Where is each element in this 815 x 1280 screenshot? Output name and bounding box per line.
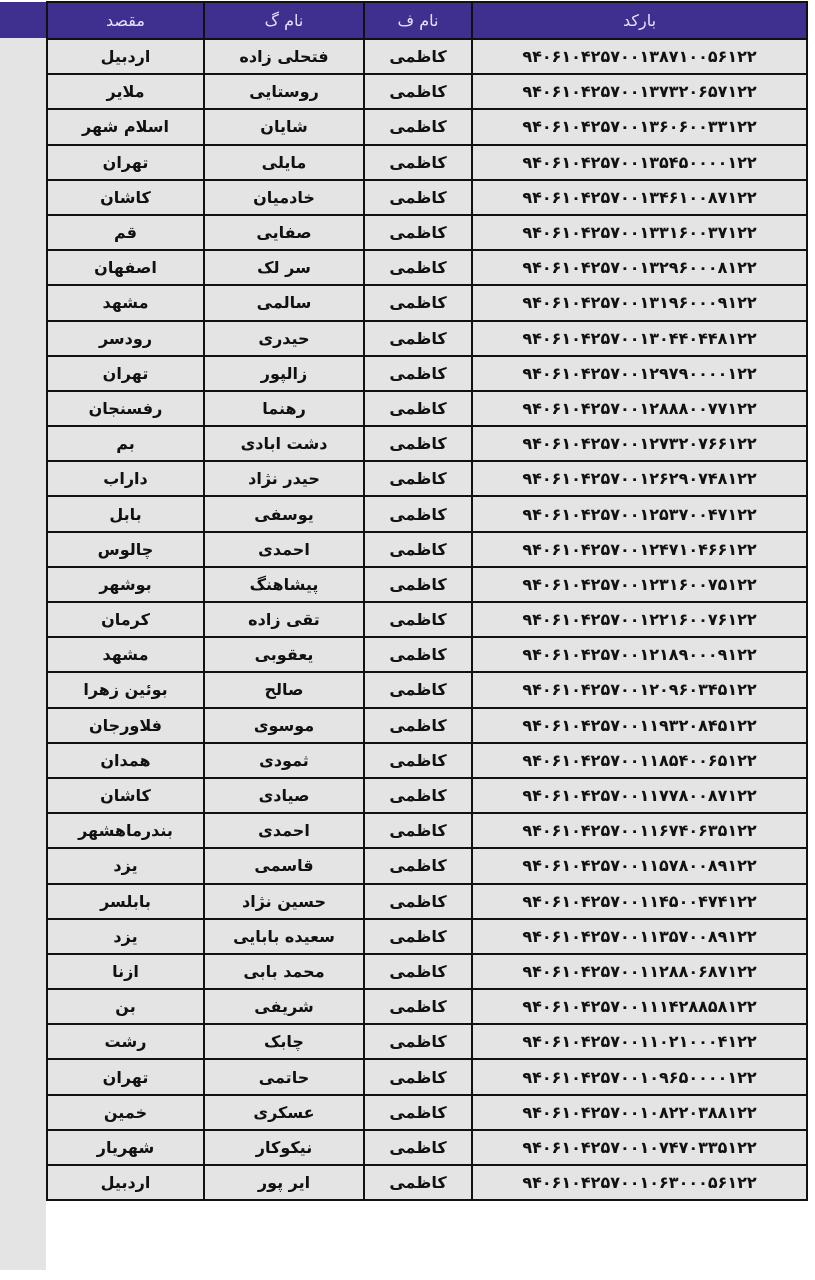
last-name-cell: محمد بابی <box>204 954 364 989</box>
first-name-cell: کاظمی <box>364 567 472 602</box>
table-row: ۹۴۰۶۱۰۴۲۵۷۰۰۱۱۳۵۷۰۰۸۹۱۲۲کاظمیسعیده بابای… <box>47 919 807 954</box>
barcode-cell: ۹۴۰۶۱۰۴۲۵۷۰۰۱۲۳۱۶۰۰۷۵۱۲۲ <box>472 567 807 602</box>
barcode-cell: ۹۴۰۶۱۰۴۲۵۷۰۰۱۳۲۹۶۰۰۰۸۱۲۲ <box>472 250 807 285</box>
table-row: ۹۴۰۶۱۰۴۲۵۷۰۰۱۲۹۷۹۰۰۰۰۱۲۲کاظمیزالپورتهران <box>47 356 807 391</box>
first-name-cell: کاظمی <box>364 215 472 250</box>
table-row: ۹۴۰۶۱۰۴۲۵۷۰۰۱۱۷۷۸۰۰۸۷۱۲۲کاظمیصیادیکاشان <box>47 778 807 813</box>
barcode-cell: ۹۴۰۶۱۰۴۲۵۷۰۰۱۱۰۲۱۰۰۰۴۱۲۲ <box>472 1024 807 1059</box>
first-name-cell: کاظمی <box>364 637 472 672</box>
last-name-cell: ایر پور <box>204 1165 364 1200</box>
last-name-cell: چابک <box>204 1024 364 1059</box>
last-name-cell: سر لک <box>204 250 364 285</box>
barcode-cell: ۹۴۰۶۱۰۴۲۵۷۰۰۱۳۳۱۶۰۰۳۷۱۲۲ <box>472 215 807 250</box>
last-name-cell: نیکوکار <box>204 1130 364 1165</box>
last-name-cell: یوسفی <box>204 496 364 531</box>
destination-cell: رفسنجان <box>47 391 204 426</box>
barcode-cell: ۹۴۰۶۱۰۴۲۵۷۰۰۱۲۷۳۲۰۷۶۶۱۲۲ <box>472 426 807 461</box>
header-destination: مقصد <box>47 2 204 39</box>
first-name-cell: کاظمی <box>364 356 472 391</box>
last-name-cell: حسین نژاد <box>204 884 364 919</box>
destination-cell: بن <box>47 989 204 1024</box>
destination-cell: مشهد <box>47 637 204 672</box>
table-row: ۹۴۰۶۱۰۴۲۵۷۰۰۱۱۹۳۲۰۸۴۵۱۲۲کاظمیموسویفلاورج… <box>47 708 807 743</box>
destination-cell: اردبیل <box>47 39 204 74</box>
destination-cell: اصفهان <box>47 250 204 285</box>
table-row: ۹۴۰۶۱۰۴۲۵۷۰۰۱۲۶۲۹۰۷۴۸۱۲۲کاظمیحیدر نژاددا… <box>47 461 807 496</box>
first-name-cell: کاظمی <box>364 1165 472 1200</box>
destination-cell: بم <box>47 426 204 461</box>
barcode-cell: ۹۴۰۶۱۰۴۲۵۷۰۰۱۳۰۴۴۰۴۴۸۱۲۲ <box>472 321 807 356</box>
first-name-cell: کاظمی <box>364 954 472 989</box>
table-row: ۹۴۰۶۱۰۴۲۵۷۰۰۱۳۱۹۶۰۰۰۹۱۲۲کاظمیسالمیمشهد <box>47 285 807 320</box>
destination-cell: بوئین زهرا <box>47 672 204 707</box>
barcode-cell: ۹۴۰۶۱۰۴۲۵۷۰۰۱۳۶۰۶۰۰۳۳۱۲۲ <box>472 109 807 144</box>
last-name-cell: احمدی <box>204 813 364 848</box>
destination-cell: شهریار <box>47 1130 204 1165</box>
first-name-cell: کاظمی <box>364 1059 472 1094</box>
table-row: ۹۴۰۶۱۰۴۲۵۷۰۰۱۲۷۳۲۰۷۶۶۱۲۲کاظمیدشت ابادیبم <box>47 426 807 461</box>
barcode-cell: ۹۴۰۶۱۰۴۲۵۷۰۰۱۰۸۲۲۰۳۸۸۱۲۲ <box>472 1095 807 1130</box>
barcode-cell: ۹۴۰۶۱۰۴۲۵۷۰۰۱۱۵۷۸۰۰۸۹۱۲۲ <box>472 848 807 883</box>
table-body: ۹۴۰۶۱۰۴۲۵۷۰۰۱۳۸۷۱۰۰۵۶۱۲۲کاظمیفتحلی زادها… <box>47 39 807 1200</box>
first-name-cell: کاظمی <box>364 285 472 320</box>
table-row: ۹۴۰۶۱۰۴۲۵۷۰۰۱۲۱۸۹۰۰۰۹۱۲۲کاظمییعقوبیمشهد <box>47 637 807 672</box>
barcode-cell: ۹۴۰۶۱۰۴۲۵۷۰۰۱۱۶۷۴۰۶۳۵۱۲۲ <box>472 813 807 848</box>
destination-cell: رودسر <box>47 321 204 356</box>
last-name-cell: موسوی <box>204 708 364 743</box>
last-name-cell: زالپور <box>204 356 364 391</box>
destination-cell: بابلسر <box>47 884 204 919</box>
destination-cell: بوشهر <box>47 567 204 602</box>
table-row: ۹۴۰۶۱۰۴۲۵۷۰۰۱۲۰۹۶۰۳۴۵۱۲۲کاظمیصالحبوئین ز… <box>47 672 807 707</box>
barcode-cell: ۹۴۰۶۱۰۴۲۵۷۰۰۱۳۵۴۵۰۰۰۰۱۲۲ <box>472 145 807 180</box>
first-name-cell: کاظمی <box>364 109 472 144</box>
last-name-cell: ثمودی <box>204 743 364 778</box>
first-name-cell: کاظمی <box>364 989 472 1024</box>
first-name-cell: کاظمی <box>364 461 472 496</box>
destination-cell: تهران <box>47 145 204 180</box>
last-name-cell: حیدری <box>204 321 364 356</box>
first-name-cell: کاظمی <box>364 672 472 707</box>
first-name-cell: کاظمی <box>364 321 472 356</box>
destination-cell: یزد <box>47 919 204 954</box>
table-row: ۹۴۰۶۱۰۴۲۵۷۰۰۱۳۶۰۶۰۰۳۳۱۲۲کاظمیشایاناسلام … <box>47 109 807 144</box>
last-name-cell: رهنما <box>204 391 364 426</box>
destination-cell: قم <box>47 215 204 250</box>
barcode-cell: ۹۴۰۶۱۰۴۲۵۷۰۰۱۳۴۶۱۰۰۸۷۱۲۲ <box>472 180 807 215</box>
first-name-cell: کاظمی <box>364 532 472 567</box>
last-name-cell: حیدر نژاد <box>204 461 364 496</box>
table-row: ۹۴۰۶۱۰۴۲۵۷۰۰۱۱۰۲۱۰۰۰۴۱۲۲کاظمیچابکرشت <box>47 1024 807 1059</box>
table-row: ۹۴۰۶۱۰۴۲۵۷۰۰۱۲۴۷۱۰۴۶۶۱۲۲کاظمیاحمدیچالوس <box>47 532 807 567</box>
table-row: ۹۴۰۶۱۰۴۲۵۷۰۰۱۰۹۶۵۰۰۰۰۱۲۲کاظمیحاتمیتهران <box>47 1059 807 1094</box>
first-name-cell: کاظمی <box>364 1024 472 1059</box>
first-name-cell: کاظمی <box>364 180 472 215</box>
table-row: ۹۴۰۶۱۰۴۲۵۷۰۰۱۱۴۵۰۰۴۷۴۱۲۲کاظمیحسین نژادبا… <box>47 884 807 919</box>
last-name-cell: عسکری <box>204 1095 364 1130</box>
destination-cell: ازنا <box>47 954 204 989</box>
barcode-cell: ۹۴۰۶۱۰۴۲۵۷۰۰۱۱۱۴۲۸۸۵۸۱۲۲ <box>472 989 807 1024</box>
barcode-cell: ۹۴۰۶۱۰۴۲۵۷۰۰۱۲۴۷۱۰۴۶۶۱۲۲ <box>472 532 807 567</box>
first-name-cell: کاظمی <box>364 884 472 919</box>
shipment-table: بارکد نام ف نام گ مقصد ۹۴۰۶۱۰۴۲۵۷۰۰۱۳۸۷۱… <box>46 1 808 1201</box>
barcode-cell: ۹۴۰۶۱۰۴۲۵۷۰۰۱۲۱۸۹۰۰۰۹۱۲۲ <box>472 637 807 672</box>
destination-cell: تهران <box>47 356 204 391</box>
table-row: ۹۴۰۶۱۰۴۲۵۷۰۰۱۲۳۱۶۰۰۷۵۱۲۲کاظمیپیشاهنگبوشه… <box>47 567 807 602</box>
destination-cell: خمین <box>47 1095 204 1130</box>
header-first-name: نام ف <box>364 2 472 39</box>
table-row: ۹۴۰۶۱۰۴۲۵۷۰۰۱۳۲۹۶۰۰۰۸۱۲۲کاظمیسر لکاصفهان <box>47 250 807 285</box>
table-row: ۹۴۰۶۱۰۴۲۵۷۰۰۱۳۸۷۱۰۰۵۶۱۲۲کاظمیفتحلی زادها… <box>47 39 807 74</box>
barcode-cell: ۹۴۰۶۱۰۴۲۵۷۰۰۱۲۰۹۶۰۳۴۵۱۲۲ <box>472 672 807 707</box>
barcode-cell: ۹۴۰۶۱۰۴۲۵۷۰۰۱۰۶۳۰۰۰۵۶۱۲۲ <box>472 1165 807 1200</box>
last-name-cell: فتحلی زاده <box>204 39 364 74</box>
destination-cell: کرمان <box>47 602 204 637</box>
last-name-cell: روستایی <box>204 74 364 109</box>
barcode-cell: ۹۴۰۶۱۰۴۲۵۷۰۰۱۱۳۵۷۰۰۸۹۱۲۲ <box>472 919 807 954</box>
table-row: ۹۴۰۶۱۰۴۲۵۷۰۰۱۱۶۷۴۰۶۳۵۱۲۲کاظمیاحمدیبندرما… <box>47 813 807 848</box>
barcode-cell: ۹۴۰۶۱۰۴۲۵۷۰۰۱۱۹۳۲۰۸۴۵۱۲۲ <box>472 708 807 743</box>
table-row: ۹۴۰۶۱۰۴۲۵۷۰۰۱۰۷۴۷۰۳۳۵۱۲۲کاظمینیکوکارشهری… <box>47 1130 807 1165</box>
last-name-cell: سعیده بابایی <box>204 919 364 954</box>
table-row: ۹۴۰۶۱۰۴۲۵۷۰۰۱۳۷۳۲۰۶۵۷۱۲۲کاظمیروستاییملای… <box>47 74 807 109</box>
barcode-cell: ۹۴۰۶۱۰۴۲۵۷۰۰۱۱۷۷۸۰۰۸۷۱۲۲ <box>472 778 807 813</box>
first-name-cell: کاظمی <box>364 39 472 74</box>
barcode-cell: ۹۴۰۶۱۰۴۲۵۷۰۰۱۱۸۵۴۰۰۶۵۱۲۲ <box>472 743 807 778</box>
first-name-cell: کاظمی <box>364 708 472 743</box>
table-row: ۹۴۰۶۱۰۴۲۵۷۰۰۱۳۴۶۱۰۰۸۷۱۲۲کاظمیخادمیانکاشا… <box>47 180 807 215</box>
barcode-cell: ۹۴۰۶۱۰۴۲۵۷۰۰۱۲۸۸۸۰۰۷۷۱۲۲ <box>472 391 807 426</box>
destination-cell: ملایر <box>47 74 204 109</box>
last-name-cell: دشت ابادی <box>204 426 364 461</box>
table-row: ۹۴۰۶۱۰۴۲۵۷۰۰۱۳۰۴۴۰۴۴۸۱۲۲کاظمیحیدریرودسر <box>47 321 807 356</box>
first-name-cell: کاظمی <box>364 391 472 426</box>
barcode-cell: ۹۴۰۶۱۰۴۲۵۷۰۰۱۲۲۱۶۰۰۷۶۱۲۲ <box>472 602 807 637</box>
barcode-cell: ۹۴۰۶۱۰۴۲۵۷۰۰۱۰۹۶۵۰۰۰۰۱۲۲ <box>472 1059 807 1094</box>
last-name-cell: پیشاهنگ <box>204 567 364 602</box>
barcode-cell: ۹۴۰۶۱۰۴۲۵۷۰۰۱۲۵۳۷۰۰۴۷۱۲۲ <box>472 496 807 531</box>
destination-cell: اسلام شهر <box>47 109 204 144</box>
destination-cell: بندرماهشهر <box>47 813 204 848</box>
first-name-cell: کاظمی <box>364 743 472 778</box>
last-name-cell: شایان <box>204 109 364 144</box>
last-name-cell: صفایی <box>204 215 364 250</box>
first-name-cell: کاظمی <box>364 145 472 180</box>
destination-cell: داراب <box>47 461 204 496</box>
barcode-cell: ۹۴۰۶۱۰۴۲۵۷۰۰۱۳۷۳۲۰۶۵۷۱۲۲ <box>472 74 807 109</box>
table-row: ۹۴۰۶۱۰۴۲۵۷۰۰۱۳۵۴۵۰۰۰۰۱۲۲کاظمیمایلیتهران <box>47 145 807 180</box>
first-name-cell: کاظمی <box>364 74 472 109</box>
destination-cell: بابل <box>47 496 204 531</box>
table-row: ۹۴۰۶۱۰۴۲۵۷۰۰۱۱۸۵۴۰۰۶۵۱۲۲کاظمیثمودیهمدان <box>47 743 807 778</box>
first-name-cell: کاظمی <box>364 778 472 813</box>
table-row: ۹۴۰۶۱۰۴۲۵۷۰۰۱۲۲۱۶۰۰۷۶۱۲۲کاظمیتقی زادهکرم… <box>47 602 807 637</box>
last-name-cell: سالمی <box>204 285 364 320</box>
destination-cell: اردبیل <box>47 1165 204 1200</box>
last-name-cell: صیادی <box>204 778 364 813</box>
barcode-cell: ۹۴۰۶۱۰۴۲۵۷۰۰۱۲۹۷۹۰۰۰۰۱۲۲ <box>472 356 807 391</box>
last-name-cell: حاتمی <box>204 1059 364 1094</box>
barcode-cell: ۹۴۰۶۱۰۴۲۵۷۰۰۱۰۷۴۷۰۳۳۵۱۲۲ <box>472 1130 807 1165</box>
first-name-cell: کاظمی <box>364 250 472 285</box>
left-header-strip <box>0 2 46 38</box>
first-name-cell: کاظمی <box>364 602 472 637</box>
destination-cell: همدان <box>47 743 204 778</box>
first-name-cell: کاظمی <box>364 848 472 883</box>
destination-cell: رشت <box>47 1024 204 1059</box>
barcode-cell: ۹۴۰۶۱۰۴۲۵۷۰۰۱۳۸۷۱۰۰۵۶۱۲۲ <box>472 39 807 74</box>
destination-cell: مشهد <box>47 285 204 320</box>
last-name-cell: خادمیان <box>204 180 364 215</box>
last-name-cell: قاسمی <box>204 848 364 883</box>
table-row: ۹۴۰۶۱۰۴۲۵۷۰۰۱۰۸۲۲۰۳۸۸۱۲۲کاظمیعسکریخمین <box>47 1095 807 1130</box>
first-name-cell: کاظمی <box>364 1130 472 1165</box>
table-row: ۹۴۰۶۱۰۴۲۵۷۰۰۱۱۲۸۸۰۶۸۷۱۲۲کاظمیمحمد بابیاز… <box>47 954 807 989</box>
left-margin-strip <box>0 2 46 1270</box>
table-row: ۹۴۰۶۱۰۴۲۵۷۰۰۱۲۸۸۸۰۰۷۷۱۲۲کاظمیرهنمارفسنجا… <box>47 391 807 426</box>
last-name-cell: تقی زاده <box>204 602 364 637</box>
first-name-cell: کاظمی <box>364 496 472 531</box>
first-name-cell: کاظمی <box>364 919 472 954</box>
first-name-cell: کاظمی <box>364 426 472 461</box>
last-name-cell: احمدی <box>204 532 364 567</box>
first-name-cell: کاظمی <box>364 1095 472 1130</box>
header-last-name: نام گ <box>204 2 364 39</box>
table-row: ۹۴۰۶۱۰۴۲۵۷۰۰۱۲۵۳۷۰۰۴۷۱۲۲کاظمییوسفیبابل <box>47 496 807 531</box>
destination-cell: کاشان <box>47 180 204 215</box>
header-barcode: بارکد <box>472 2 807 39</box>
destination-cell: چالوس <box>47 532 204 567</box>
first-name-cell: کاظمی <box>364 813 472 848</box>
last-name-cell: شریفی <box>204 989 364 1024</box>
table-row: ۹۴۰۶۱۰۴۲۵۷۰۰۱۳۳۱۶۰۰۳۷۱۲۲کاظمیصفاییقم <box>47 215 807 250</box>
destination-cell: تهران <box>47 1059 204 1094</box>
barcode-cell: ۹۴۰۶۱۰۴۲۵۷۰۰۱۱۲۸۸۰۶۸۷۱۲۲ <box>472 954 807 989</box>
barcode-cell: ۹۴۰۶۱۰۴۲۵۷۰۰۱۳۱۹۶۰۰۰۹۱۲۲ <box>472 285 807 320</box>
last-name-cell: صالح <box>204 672 364 707</box>
barcode-cell: ۹۴۰۶۱۰۴۲۵۷۰۰۱۱۴۵۰۰۴۷۴۱۲۲ <box>472 884 807 919</box>
table-row: ۹۴۰۶۱۰۴۲۵۷۰۰۱۱۵۷۸۰۰۸۹۱۲۲کاظمیقاسمییزد <box>47 848 807 883</box>
barcode-cell: ۹۴۰۶۱۰۴۲۵۷۰۰۱۲۶۲۹۰۷۴۸۱۲۲ <box>472 461 807 496</box>
last-name-cell: یعقوبی <box>204 637 364 672</box>
destination-cell: یزد <box>47 848 204 883</box>
header-row: بارکد نام ف نام گ مقصد <box>47 2 807 39</box>
destination-cell: فلاورجان <box>47 708 204 743</box>
last-name-cell: مایلی <box>204 145 364 180</box>
destination-cell: کاشان <box>47 778 204 813</box>
table-row: ۹۴۰۶۱۰۴۲۵۷۰۰۱۱۱۴۲۸۸۵۸۱۲۲کاظمیشریفیبن <box>47 989 807 1024</box>
table-row: ۹۴۰۶۱۰۴۲۵۷۰۰۱۰۶۳۰۰۰۵۶۱۲۲کاظمیایر پوراردب… <box>47 1165 807 1200</box>
